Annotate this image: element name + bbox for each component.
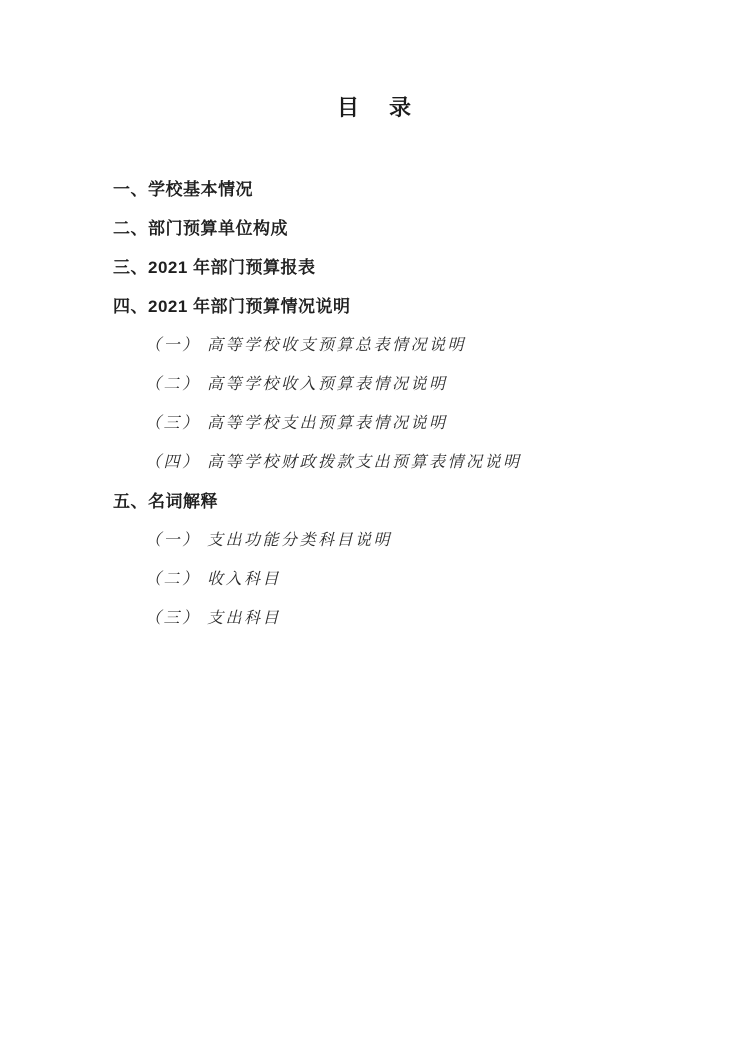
page-title: 目 录 [0,0,750,122]
toc-subitem-4-3-expenditure-budget-table: （三） 高等学校支出预算表情况说明 [145,404,750,443]
table-of-contents: 一、学校基本情况 二、部门预算单位构成 三、2021 年部门预算报表 四、202… [0,170,750,638]
document-page: 目 录 一、学校基本情况 二、部门预算单位构成 三、2021 年部门预算报表 四… [0,0,750,1060]
toc-subitem-4-2-revenue-budget-table: （二） 高等学校收入预算表情况说明 [145,365,750,404]
toc-item-3-2021-budget-statements: 三、2021 年部门预算报表 [113,248,750,287]
toc-subitem-5-1-expenditure-function-categories: （一） 支出功能分类科目说明 [145,521,750,560]
toc-subitem-5-2-revenue-accounts: （二） 收入科目 [145,560,750,599]
toc-subitem-4-1-revenue-expenditure-summary: （一） 高等学校收支预算总表情况说明 [145,326,750,365]
toc-subitem-4-4-fiscal-appropriation-expenditure: （四） 高等学校财政拨款支出预算表情况说明 [145,443,750,482]
toc-item-2-budget-unit-composition: 二、部门预算单位构成 [113,209,750,248]
toc-item-4-2021-budget-explanation: 四、2021 年部门预算情况说明 [113,287,750,326]
toc-item-5-glossary: 五、名词解释 [113,482,750,521]
toc-item-1-school-basic-info: 一、学校基本情况 [113,170,750,209]
toc-subitem-5-3-expenditure-accounts: （三） 支出科目 [145,599,750,638]
